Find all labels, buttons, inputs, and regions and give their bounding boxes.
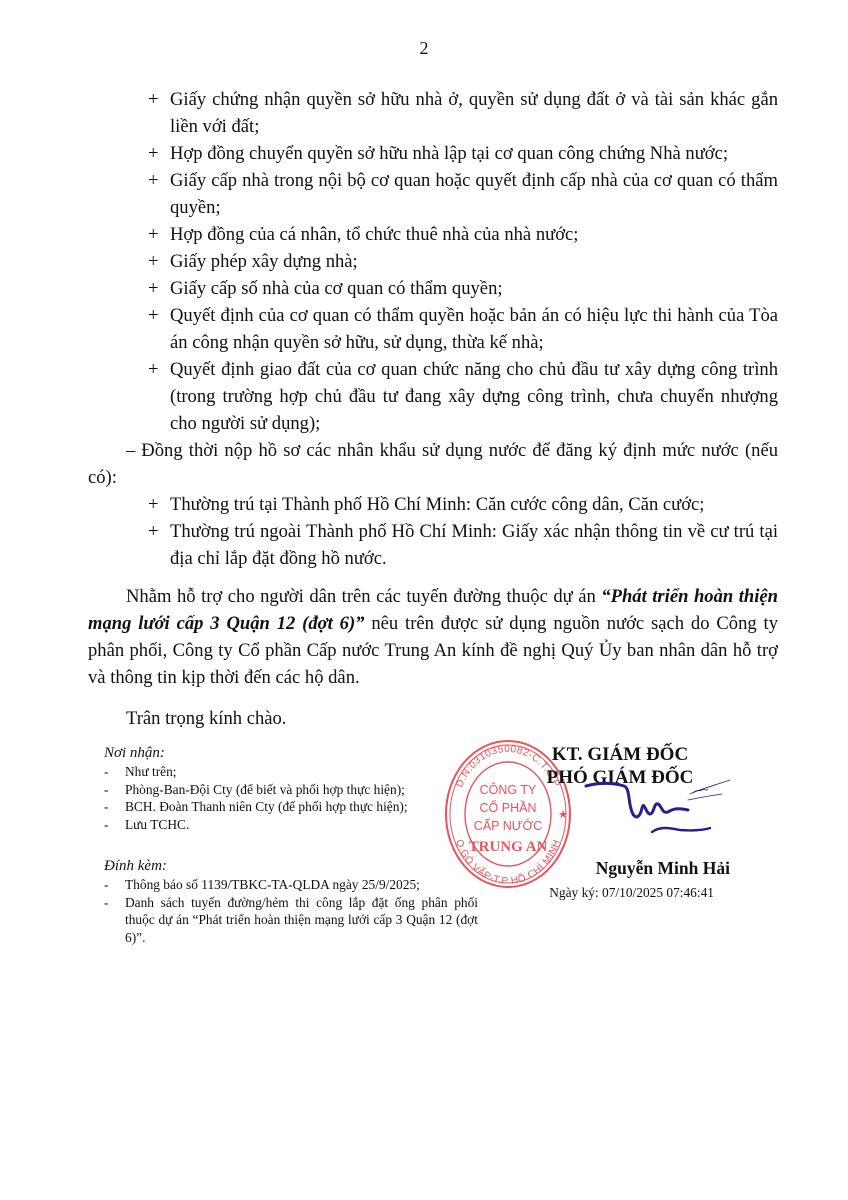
svg-text:CỔ PHẦN: CỔ PHẦN [480,800,537,815]
bullet-mark: + [148,140,159,167]
list-item-text: Quyết định của cơ quan có thẩm quyền hoặ… [170,305,778,353]
list-item-text: Thường trú ngoài Thành phố Hồ Chí Minh: … [170,521,778,569]
document-list-ownership: +Giấy chứng nhận quyền sở hữu nhà ở, quy… [88,86,778,437]
recipients-list: -Như trên;-Phòng-Ban-Đội Cty (để biết và… [104,763,484,833]
bullet-mark: + [148,86,159,113]
document-body: +Giấy chứng nhận quyền sở hữu nhà ở, quy… [88,86,778,732]
list-item-text: BCH. Đoàn Thanh niên Cty (để phối hợp th… [125,799,408,814]
page-number: 2 [0,38,848,59]
list-item: +Thường trú tại Thành phố Hồ Chí Minh: C… [88,491,778,518]
recipient-item: -Như trên; [104,763,484,780]
bullet-mark: - [104,894,108,911]
bullet-mark: + [148,221,159,248]
attachments-list: -Thông báo số 1139/TBKC-TA-QLDA ngày 25/… [104,876,478,946]
signature-title-line1: KT. GIÁM ĐỐC [500,743,740,766]
list-item-text: Thường trú tại Thành phố Hồ Chí Minh: Că… [170,494,704,515]
list-item-text: Giấy cấp nhà trong nội bộ cơ quan hoặc q… [170,170,778,218]
bullet-mark: + [148,356,159,383]
closing-line: Trân trọng kính chào. [88,705,778,732]
attachments-heading: Đính kèm: [104,858,478,875]
list-item: +Thường trú ngoài Thành phố Hồ Chí Minh:… [88,518,778,572]
recipient-item: -Phòng-Ban-Đội Cty (để biết và phối hợp … [104,781,484,798]
dash-paragraph-text: Đồng thời nộp hồ sơ các nhân khẩu sử dụn… [88,440,778,488]
dash-paragraph: –Đồng thời nộp hồ sơ các nhân khẩu sử dụ… [88,437,778,491]
list-item: +Giấy chứng nhận quyền sở hữu nhà ở, quy… [88,86,778,140]
bullet-mark: + [148,167,159,194]
handwritten-signature-icon [580,770,740,850]
request-paragraph: Nhằm hỗ trợ cho người dân trên các tuyến… [88,583,778,691]
list-item: +Hợp đồng chuyển quyền sở hữu nhà lập tạ… [88,140,778,167]
list-item-text: Hợp đồng chuyển quyền sở hữu nhà lập tại… [170,143,728,164]
list-item: +Quyết định giao đất của cơ quan chức nă… [88,356,778,437]
sign-date: Ngày ký: 07/10/2025 07:46:41 [500,885,714,901]
bullet-mark: - [104,876,108,893]
attachment-item: -Danh sách tuyến đường/hẻm thi công lắp … [104,894,478,946]
bullet-mark: + [148,248,159,275]
list-item-text: Hợp đồng của cá nhân, tổ chức thuê nhà c… [170,224,578,245]
attachments-block: Đính kèm: -Thông báo số 1139/TBKC-TA-QLD… [104,858,478,946]
bullet-mark: - [104,816,108,833]
signer-name: Nguyễn Minh Hải [530,858,730,879]
list-item-text: Giấy cấp số nhà của cơ quan có thẩm quyề… [170,278,503,299]
list-item: +Giấy cấp số nhà của cơ quan có thẩm quy… [88,275,778,302]
recipient-item: -Lưu TCHC. [104,816,484,833]
bullet-mark: + [148,275,159,302]
list-item-text: Giấy phép xây dựng nhà; [170,251,358,272]
svg-text:★: ★ [558,809,568,821]
list-item: +Hợp đồng của cá nhân, tổ chức thuê nhà … [88,221,778,248]
document-list-residence: +Thường trú tại Thành phố Hồ Chí Minh: C… [88,491,778,572]
list-item: +Giấy phép xây dựng nhà; [88,248,778,275]
paragraph-text-before: Nhằm hỗ trợ cho người dân trên các tuyến… [126,586,601,607]
list-item-text: Quyết định giao đất của cơ quan chức năn… [170,359,778,434]
recipients-block: Nơi nhận: -Như trên;-Phòng-Ban-Đội Cty (… [104,745,484,833]
list-item-text: Phòng-Ban-Đội Cty (để biết và phối hợp t… [125,782,405,797]
list-item: +Giấy cấp nhà trong nội bộ cơ quan hoặc … [88,167,778,221]
list-item-text: Giấy chứng nhận quyền sở hữu nhà ở, quyề… [170,89,778,137]
list-item-text: Lưu TCHC. [125,817,189,832]
list-item-text: Danh sách tuyến đường/hẻm thi công lắp đ… [125,895,478,945]
recipient-item: -BCH. Đoàn Thanh niên Cty (để phối hợp t… [104,798,484,815]
list-item-text: Thông báo số 1139/TBKC-TA-QLDA ngày 25/9… [125,877,420,892]
bullet-mark: + [148,491,159,518]
list-item-text: Như trên; [125,764,177,779]
list-item: +Quyết định của cơ quan có thẩm quyền ho… [88,302,778,356]
svg-text:TRUNG AN: TRUNG AN [469,839,548,855]
bullet-mark: + [148,518,159,545]
attachment-item: -Thông báo số 1139/TBKC-TA-QLDA ngày 25/… [104,876,478,893]
bullet-mark: - [104,781,108,798]
svg-text:CẤP NƯỚC: CẤP NƯỚC [474,818,542,833]
bullet-mark: - [104,763,108,780]
bullet-mark: + [148,302,159,329]
bullet-mark: - [104,798,108,815]
dash-mark: – [126,440,135,461]
recipients-heading: Nơi nhận: [104,745,484,762]
